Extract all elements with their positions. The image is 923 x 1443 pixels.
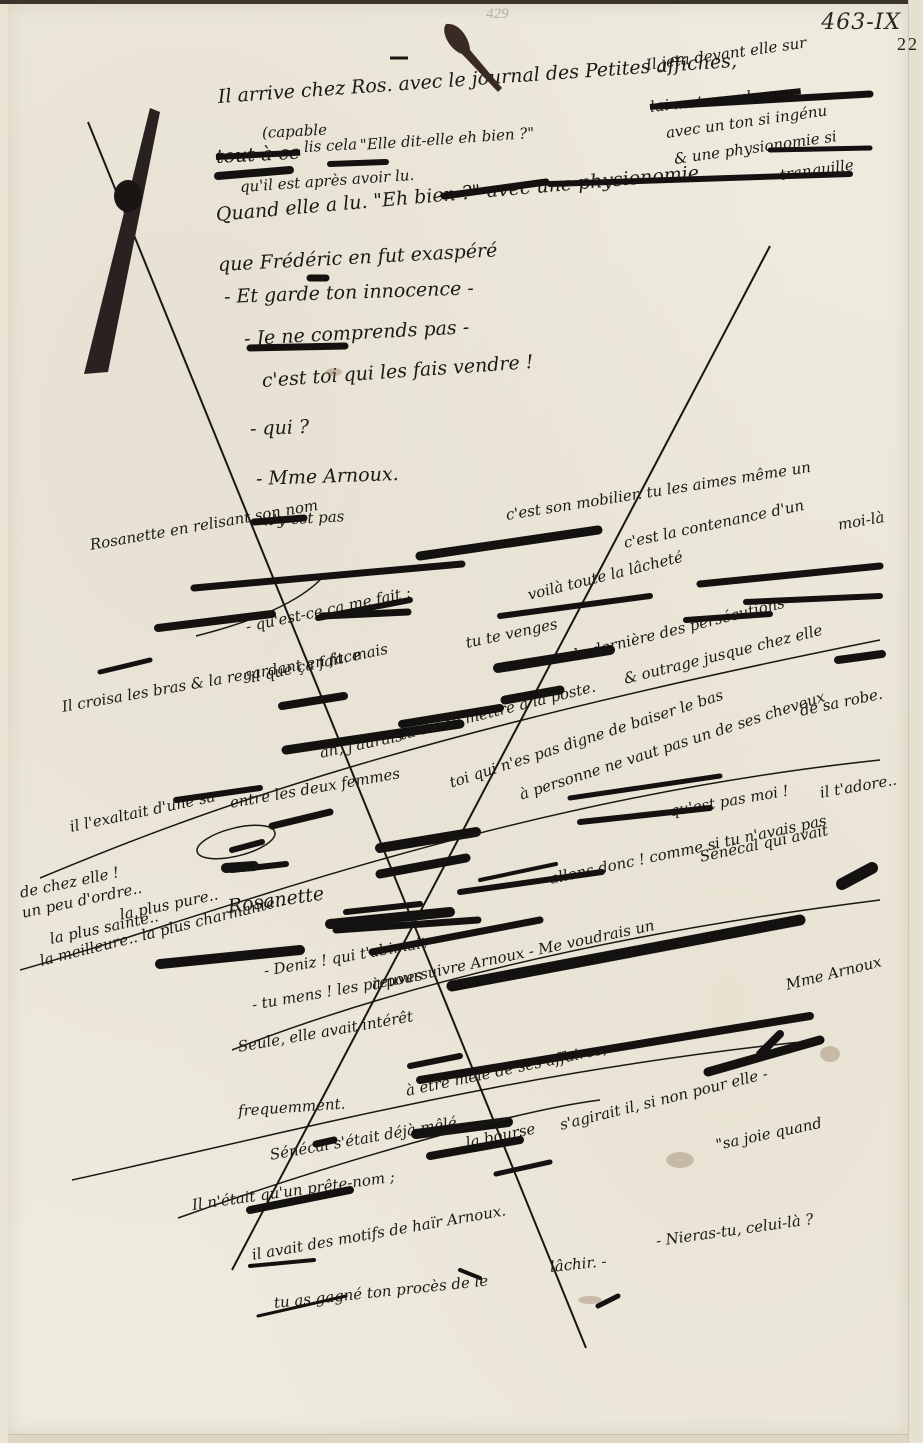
- page-number: 22: [897, 34, 919, 55]
- handwritten-line: lis cela: [304, 135, 358, 156]
- page-bottom-edge: [8, 1434, 908, 1442]
- pencil-folio-number: 429: [486, 6, 509, 23]
- folio-mark: 463-IX: [821, 10, 901, 35]
- page-binding-edge: [908, 0, 923, 1442]
- handwritten-line: tout à ce: [215, 142, 300, 168]
- handwritten-line: - qui ?: [250, 416, 310, 440]
